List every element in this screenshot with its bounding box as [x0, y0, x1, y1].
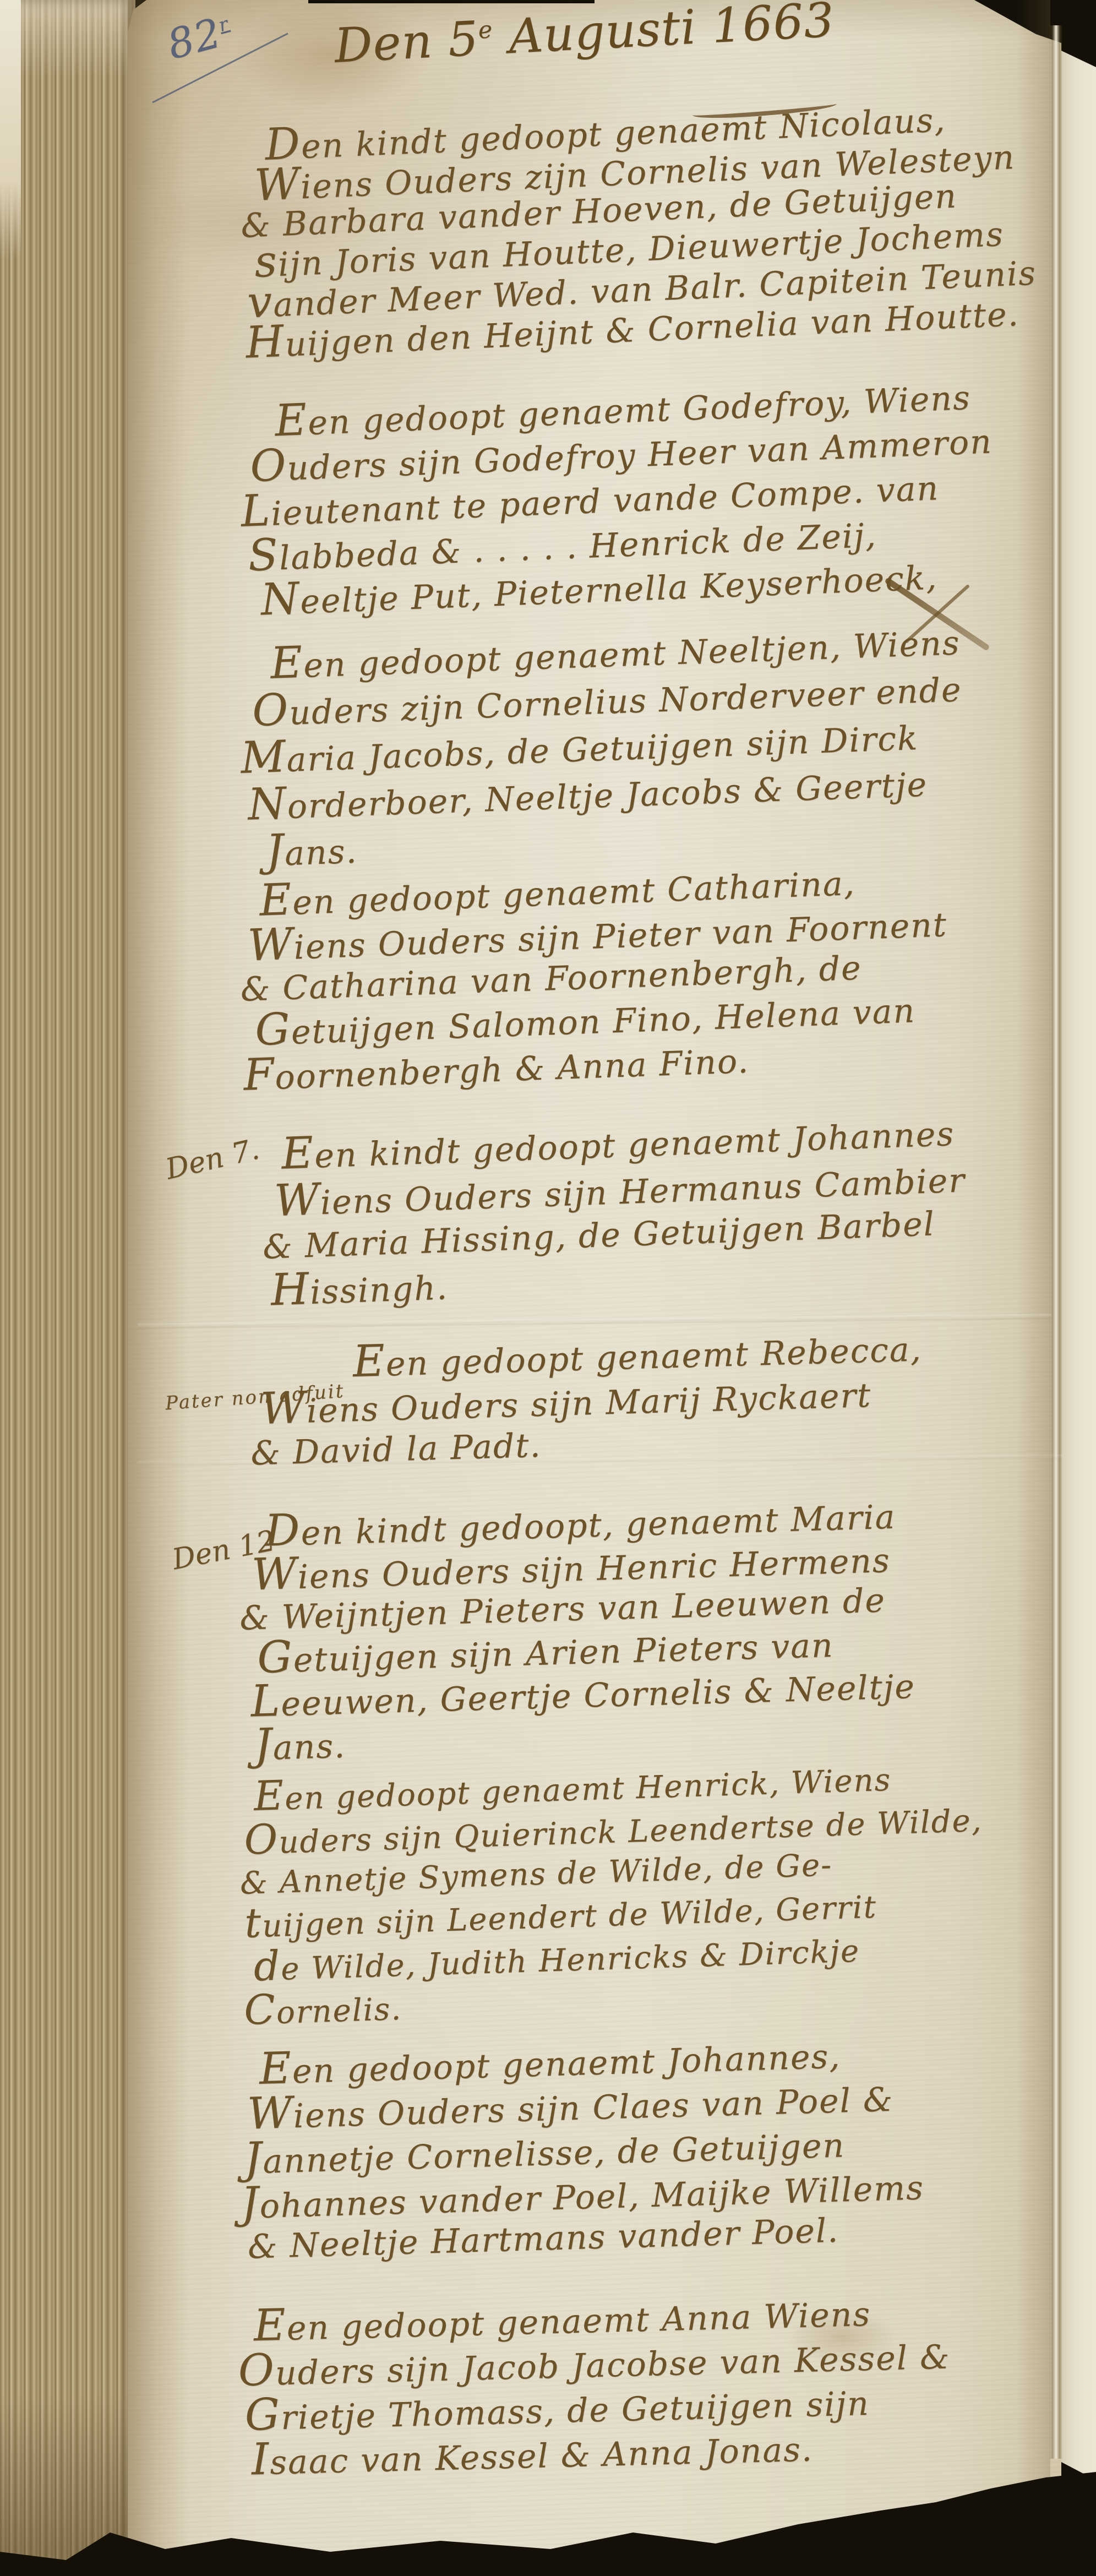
manuscript-scan: 82r Den 5e Augusti 1663 Den 7. Pater non… [0, 0, 1096, 2576]
baptism-entry-6: Een gedoopt genaemt Rebecca, Wiens Ouder… [237, 1321, 1077, 1474]
baptism-entry-5: Een kindt gedoopt genaemt Johannes Wiens… [259, 1104, 1096, 1316]
binding-outer-edge [0, 0, 21, 259]
header-day: Den 5 [333, 11, 480, 74]
baptism-entry-7: Den kindt gedoopt, genaemt Maria Wiens O… [237, 1489, 1080, 1769]
header-ordinal: e [477, 16, 493, 44]
baptism-entry-3: Een gedoopt genaemt Neeltjen, Wiens Oude… [237, 614, 1081, 877]
baptism-entry-10: Een gedoopt genaemt Anna Wiens Ouders si… [237, 2285, 1077, 2484]
baptism-entry-1: Den kindt gedoopt genaemt Nicolaus, Wien… [237, 92, 1083, 364]
book-binding-edge [0, 0, 135, 2576]
gutter-shadow [128, 0, 191, 2576]
baptism-entry-9: Een gedoopt genaemt Johannes, Wiens Oude… [237, 2026, 1079, 2268]
baptism-entry-4: Een gedoopt genaemt Catharina, Wiens Oud… [237, 852, 1081, 1099]
scan-edge-artifact [308, 0, 595, 3]
baptism-entry-8: Een gedoopt genaemt Henrick, Wiens Ouder… [237, 1751, 1081, 2034]
